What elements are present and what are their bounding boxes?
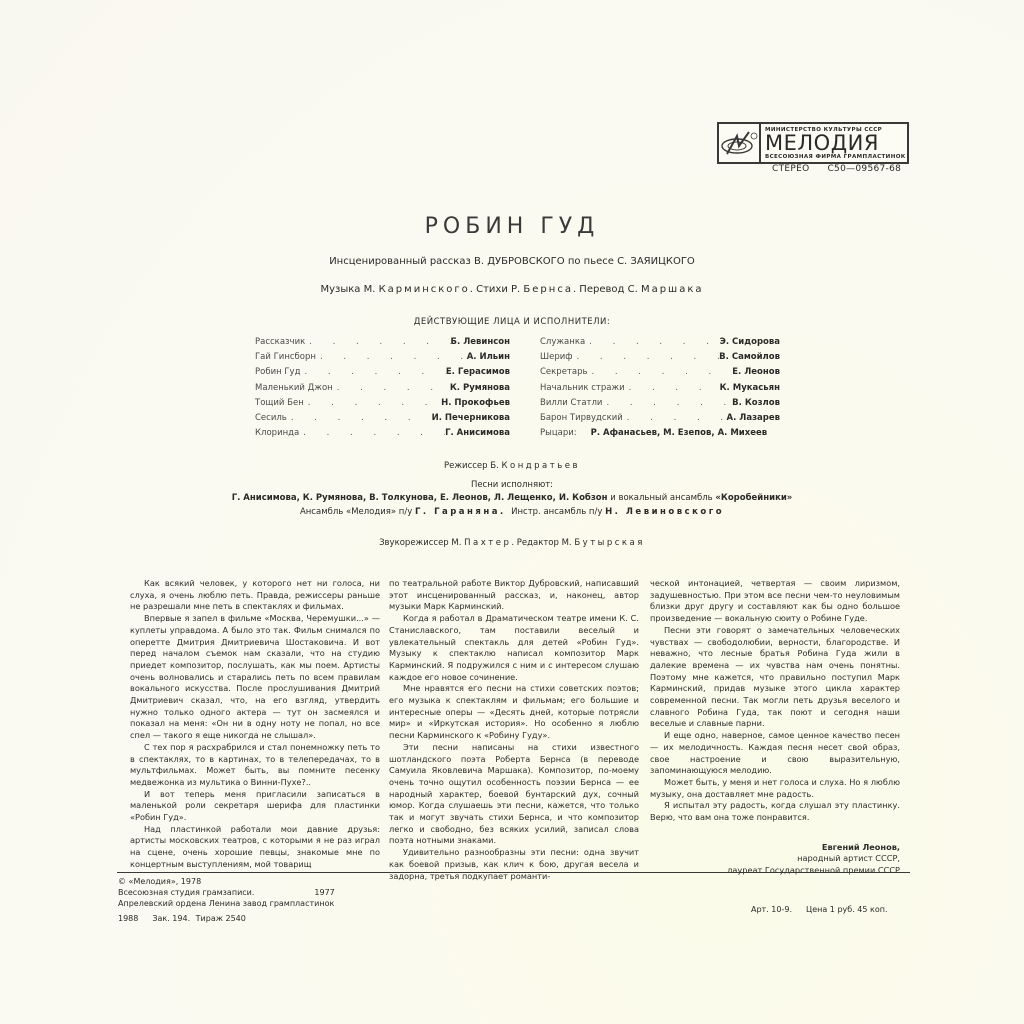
composer-name: Карминского	[379, 284, 470, 295]
price-block: Арт. 10-9.Цена 1 руб. 45 коп.	[751, 905, 888, 914]
cast-list-right: Служанка. . . . . . . . . . . . . .Э. Си…	[540, 334, 780, 441]
notes-paragraph: Эти песни написаны на стихи известного ш…	[389, 742, 639, 847]
cast-row: Клоринда. . . . . . . . . . . . . .Г. Ан…	[255, 426, 510, 441]
signature-name: Евгений Леонов,	[650, 842, 900, 854]
cast-row: Барон Тирвудский. . . . . . . . . . . . …	[540, 410, 780, 425]
print-line: 1988Зак. 194. Тираж 2540	[118, 913, 335, 924]
ensemble2-label: Инстр. ансамбль п/у	[506, 507, 605, 517]
ensemble1-leader: Г. Гараняна.	[415, 507, 506, 517]
leader-dots: . . . . . . . . . . . . . .	[316, 352, 467, 362]
leader-dots: . . . . . . . . . . . . . .	[623, 413, 727, 423]
subtitle-music: Музыка М. Карминского. Стихи Р. Бернса. …	[0, 284, 1024, 295]
ensembles-line: Ансамбль «Мелодия» п/у Г. Гараняна. Инст…	[0, 507, 1024, 517]
cast-row: Начальник стражи. . . . . . . . . . . . …	[540, 380, 780, 395]
cast-actor: Н. Прокофьев	[441, 398, 510, 408]
cast-row: Рыцари:Р. Афанасьев, М. Езепов, А. Михее…	[540, 426, 780, 441]
circulation: Тираж 2540	[196, 914, 246, 923]
cast-actor: Е. Герасимов	[446, 367, 510, 377]
cast-row: Шериф. . . . . . . . . . . . . .В. Самой…	[540, 349, 780, 364]
translation-label: . Перевод С.	[573, 284, 641, 295]
cast-actor: Э. Сидорова	[720, 337, 780, 347]
signature-title: народный артист СССР,	[650, 853, 900, 865]
director-label: Режиссер Б.	[444, 461, 501, 471]
cast-row: Вилли Статли. . . . . . . . . . . . . .В…	[540, 395, 780, 410]
cast-row: Маленький Джон. . . . . . . . . . . . . …	[255, 380, 510, 395]
notes-paragraph: С тех пор я расхрабрился и стал понемнож…	[130, 742, 380, 789]
ensemble2-leader: Н. Левиновского	[605, 507, 724, 517]
notes-column-3: ческой интонацией, четвертая — своим лир…	[650, 578, 900, 877]
cast-actor: Б. Левинсон	[451, 337, 510, 347]
cast-actor: В. Козлов	[732, 398, 780, 408]
poet-name: Бернса	[523, 284, 573, 295]
cast-actor: Р. Афанасьев, М. Езепов, А. Михеев	[591, 428, 768, 438]
cast-list-left: Рассказчик. . . . . . . . . . . . . .Б. …	[255, 334, 510, 441]
leader-dots: . . . . . . . . . . . . . .	[333, 383, 450, 393]
cast-role: Вилли Статли	[540, 398, 602, 408]
cast-actor: А. Ильин	[467, 352, 510, 362]
cast-row: Секретарь. . . . . . . . . . . . . .Е. Л…	[540, 365, 780, 380]
engineer-name: Пахтер	[464, 538, 511, 548]
record-sleeve-back: МИНИСТЕРСТВО КУЛЬТУРЫ СССР МЕЛОДИЯ ВСЕСО…	[0, 0, 1024, 1024]
article-number: Арт. 10-9.	[751, 905, 792, 914]
notes-paragraph: Впервые я запел в фильме «Москва, Черему…	[130, 613, 380, 742]
leader-dots: . . . . . . . . . . . . . .	[300, 367, 445, 377]
director-name: Кондратьев	[501, 461, 579, 471]
leader-dots: . . . . . . . . . . . . . .	[573, 352, 720, 362]
studio-line: Всесоюзная студия грамзаписи.1977	[118, 887, 335, 898]
cast-heading: ДЕЙСТВУЮЩИЕ ЛИЦА И ИСПОЛНИТЕЛИ:	[0, 317, 1024, 327]
notes-paragraph: Когда я работал в Драматическом театре и…	[389, 613, 639, 683]
order-number: Зак. 194.	[152, 914, 190, 923]
plant-line: Апрелевский ордена Ленина завод грамплас…	[118, 898, 335, 909]
price-text: Цена 1 руб. 45 коп.	[806, 905, 888, 914]
cast-role: Барон Тирвудский	[540, 413, 623, 423]
vocal-ensemble-label: и вокальный ансамбль	[608, 493, 716, 503]
cast-row: Рассказчик. . . . . . . . . . . . . .Б. …	[255, 334, 510, 349]
leader-dots: . . . . . . . . . . . . . .	[287, 413, 432, 423]
cast-actor: К. Румянова	[450, 383, 510, 393]
imprint-block: © «Мелодия», 1978 Всесоюзная студия грам…	[118, 876, 335, 924]
leader-dots: . . . . . . . . . . . . . .	[588, 367, 733, 377]
notes-paragraph: Песни эти говорят о замечательных челове…	[650, 625, 900, 730]
brand-name: МЕЛОДИЯ	[765, 133, 906, 154]
cast-actor: А. Лазарев	[727, 413, 780, 423]
cast-actor: Е. Леонов	[732, 367, 780, 377]
cast-role: Начальник стражи	[540, 383, 625, 393]
studio-year: 1977	[314, 888, 334, 897]
cast-actor: И. Печерникова	[432, 413, 510, 423]
cast-role: Робин Гуд	[255, 367, 300, 377]
cast-role: Клоринда	[255, 428, 299, 438]
engineer-credit: Звукорежиссер М. Пахтер. Редактор М. Бут…	[0, 538, 1024, 548]
notes-paragraph: Удивительно разнообразны эти песни: одна…	[389, 847, 639, 882]
footer-divider	[117, 872, 910, 873]
notes-paragraph: Мне нравятся его песни на стихи советски…	[389, 683, 639, 742]
notes-paragraph: Над пластинкой работали мои давние друзь…	[130, 824, 380, 871]
editor-name: Бутырская	[574, 538, 645, 548]
leader-dots: . . . . . . . . . . . . . .	[585, 337, 719, 347]
subtitle-play: Инсценированный рассказ В. ДУБРОВСКОГО п…	[0, 256, 1024, 267]
ensemble1-label: Ансамбль «Мелодия» п/у	[300, 507, 415, 517]
notes-paragraph: Я испытал эту радость, когда слушал эту …	[650, 800, 900, 823]
cast-actor: В. Самойлов	[719, 352, 780, 362]
leader-dots: . . . . . . . . . . . . . .	[305, 337, 450, 347]
cast-actor: К. Мукасьян	[720, 383, 780, 393]
firm-text: ВСЕСОЮЗНАЯ ФИРМА ГРАМПЛАСТИНОК	[765, 154, 906, 160]
leader-dots: . . . . . . . . . . . . . .	[299, 428, 445, 438]
copyright-line: © «Мелодия», 1978	[118, 876, 335, 887]
notes-paragraph: И вот теперь меня пригласили записаться …	[130, 789, 380, 824]
cast-row: Робин Гуд. . . . . . . . . . . . . .Е. Г…	[255, 365, 510, 380]
cast-role: Служанка	[540, 337, 585, 347]
editor-label: . Редактор М.	[511, 538, 574, 548]
engineer-label: Звукорежиссер М.	[379, 538, 464, 548]
notes-paragraph: ческой интонацией, четвертая — своим лир…	[650, 578, 900, 625]
cast-role: Рассказчик	[255, 337, 305, 347]
lyrics-label: . Стихи Р.	[470, 284, 524, 295]
singers-line: Г. Анисимова, К. Румянова, В. Толкунова,…	[0, 493, 1024, 503]
catalog-number: С50—09567-68	[827, 164, 901, 174]
melodiya-logo: МИНИСТЕРСТВО КУЛЬТУРЫ СССР МЕЛОДИЯ ВСЕСО…	[717, 122, 909, 164]
print-year: 1988	[118, 914, 138, 923]
cast-role: Шериф	[540, 352, 573, 362]
notes-paragraph: Может быть, у меня и нет голоса и слуха.…	[650, 777, 900, 800]
notes-paragraph: Как всякий человек, у которого нет ни го…	[130, 578, 380, 613]
music-label: Музыка М.	[320, 284, 378, 295]
notes-paragraph: по театральной работе Виктор Дубровский,…	[389, 578, 639, 613]
vocal-ensemble-name: «Коробейники»	[715, 493, 792, 503]
cast-role: Секретарь	[540, 367, 588, 377]
cast-role: Рыцари:	[540, 428, 577, 438]
notes-paragraph: И еще одно, наверное, самое ценное качес…	[650, 730, 900, 777]
cast-row: Сесиль. . . . . . . . . . . . . .И. Пече…	[255, 410, 510, 425]
cast-role: Тощий Бен	[255, 398, 304, 408]
studio-name: Всесоюзная студия грамзаписи.	[118, 888, 254, 897]
notes-column-1: Как всякий человек, у которого нет ни го…	[130, 578, 380, 871]
translator-name: Маршака	[641, 284, 704, 295]
cast-row: Гай Гинсборн. . . . . . . . . . . . . .А…	[255, 349, 510, 364]
cast-actor: Г. Анисимова	[445, 428, 510, 438]
format-label: СТЕРЕО	[772, 164, 809, 174]
melodiya-emblem-icon	[719, 124, 761, 162]
cast-row: Тощий Бен. . . . . . . . . . . . . .Н. П…	[255, 395, 510, 410]
catalog-info: СТЕРЕОС50—09567-68	[772, 164, 901, 174]
cast-role: Сесиль	[255, 413, 287, 423]
cast-row: Служанка. . . . . . . . . . . . . .Э. Си…	[540, 334, 780, 349]
singers-names: Г. Анисимова, К. Румянова, В. Толкунова,…	[232, 493, 608, 503]
cast-role: Гай Гинсборн	[255, 352, 316, 362]
director-credit: Режиссер Б. Кондратьев	[0, 461, 1024, 471]
songs-heading: Песни исполняют:	[0, 480, 1024, 490]
leader-dots: . . . . . . . . . . . . . .	[625, 383, 720, 393]
notes-column-2: по театральной работе Виктор Дубровский,…	[389, 578, 639, 882]
album-title: РОБИН ГУД	[0, 214, 1024, 239]
leader-dots: . . . . . . . . . . . . . .	[304, 398, 441, 408]
cast-role: Маленький Джон	[255, 383, 333, 393]
leader-dots: . . . . . . . . . . . . . .	[602, 398, 732, 408]
